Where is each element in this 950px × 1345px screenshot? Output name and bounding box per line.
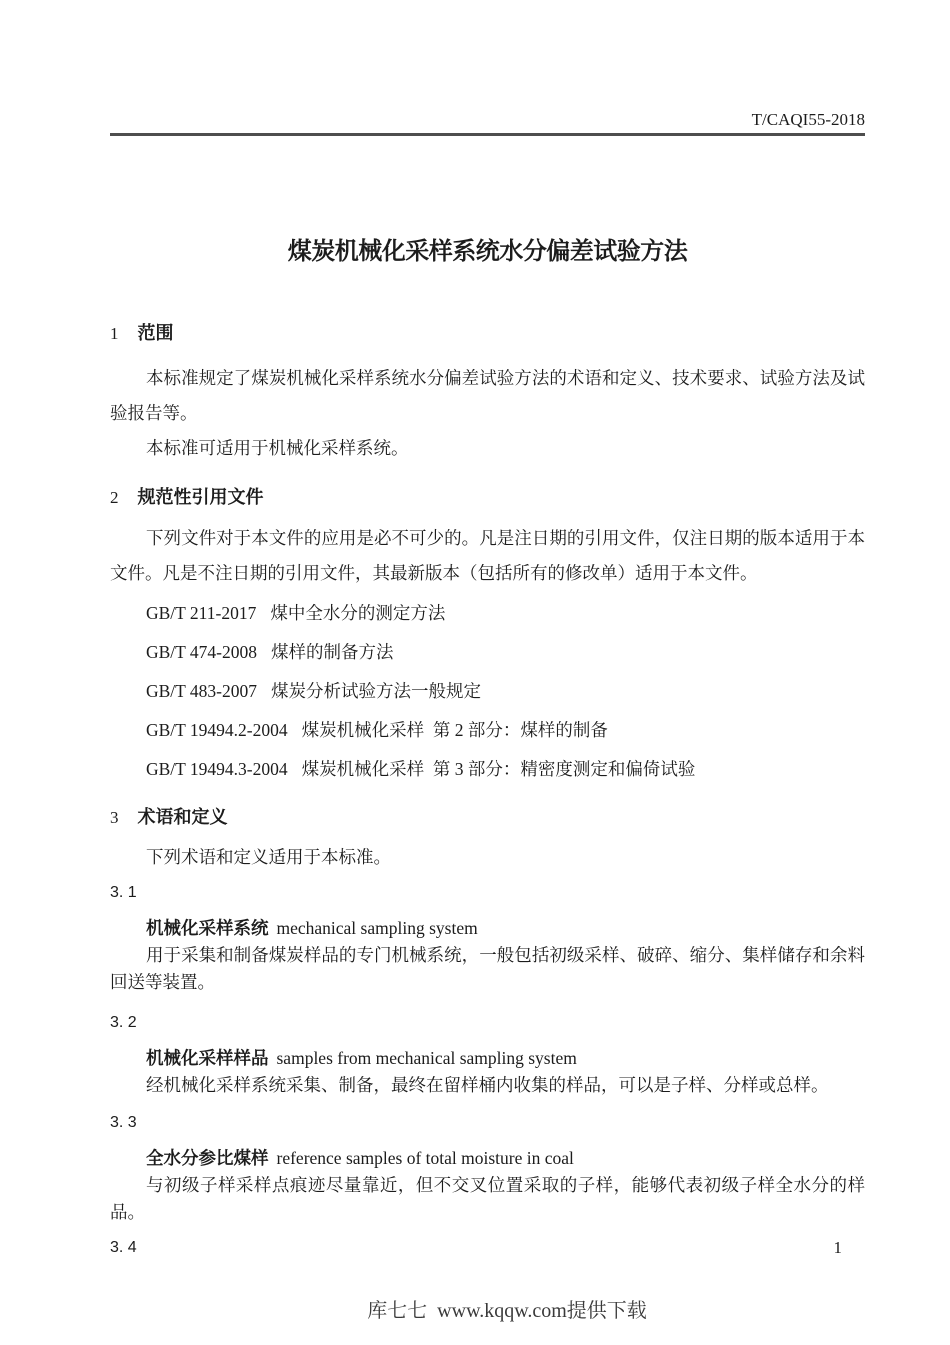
- term-entry: 全水分参比煤样reference samples of total moistu…: [110, 1145, 865, 1172]
- section-1-number: 1: [110, 323, 119, 345]
- reference-title: 煤炭机械化采样 第 2 部分：煤样的制备: [302, 720, 608, 740]
- reference-code: GB/T 483-2007: [146, 681, 257, 701]
- term-number-3-3: 3. 3: [110, 1112, 865, 1134]
- section-1-title: 范围: [138, 323, 174, 343]
- header-rule: [110, 133, 865, 136]
- term-number-3-4: 3. 4: [110, 1237, 865, 1259]
- reference-code: GB/T 474-2008: [146, 642, 257, 662]
- reference-code: GB/T 19494.3-2004: [146, 759, 288, 779]
- term-number-3-1: 3. 1: [110, 882, 865, 904]
- scope-applicability-paragraph: 本标准可适用于机械化采样系统。: [110, 431, 865, 466]
- page-content: T/CAQI55-2018 煤炭机械化采样系统水分偏差试验方法 1范围 本标准规…: [0, 109, 950, 1259]
- term-entry: 机械化采样样品samples from mechanical sampling …: [110, 1045, 865, 1072]
- reference-title: 煤炭分析试验方法一般规定: [271, 681, 481, 701]
- reference-item: GB/T 474-2008煤样的制备方法: [110, 633, 865, 672]
- normative-references-list: GB/T 211-2017煤中全水分的测定方法 GB/T 474-2008煤样的…: [110, 594, 865, 789]
- terms-intro-paragraph: 下列术语和定义适用于本标准。: [110, 840, 865, 875]
- term-number-3-2: 3. 2: [110, 1012, 865, 1034]
- document-title: 煤炭机械化采样系统水分偏差试验方法: [110, 235, 865, 269]
- term-name-zh: 全水分参比煤样: [146, 1148, 269, 1168]
- section-3-heading: 3术语和定义: [110, 806, 865, 829]
- section-2-heading: 2规范性引用文件: [110, 486, 865, 509]
- section-2-title: 规范性引用文件: [138, 487, 264, 507]
- term-name-en: samples from mechanical sampling system: [277, 1048, 577, 1068]
- term-name-en: mechanical sampling system: [277, 918, 478, 938]
- reference-code: GB/T 19494.2-2004: [146, 720, 288, 740]
- term-definition: 与初级子样采样点痕迹尽量靠近，但不交叉位置采取的子样，能够代表初级子样全水分的样…: [110, 1172, 865, 1226]
- section-3-title: 术语和定义: [138, 807, 228, 827]
- term-name-zh: 机械化采样样品: [146, 1048, 269, 1068]
- document-page: T/CAQI55-2018 煤炭机械化采样系统水分偏差试验方法 1范围 本标准规…: [0, 0, 950, 1345]
- reference-item: GB/T 483-2007煤炭分析试验方法一般规定: [110, 672, 865, 711]
- section-2-number: 2: [110, 487, 119, 509]
- standard-code: T/CAQI55-2018: [110, 109, 865, 130]
- section-3-number: 3: [110, 807, 119, 829]
- term-definition: 经机械化采样系统采集、制备，最终在留样桶内收集的样品，可以是子样、分样或总样。: [110, 1072, 865, 1099]
- reference-title: 煤炭机械化采样 第 3 部分：精密度测定和偏倚试验: [302, 759, 696, 779]
- reference-title: 煤中全水分的测定方法: [270, 603, 445, 623]
- page-number: 1: [834, 1238, 843, 1258]
- section-1-heading: 1范围: [110, 322, 865, 345]
- reference-code: GB/T 211-2017: [146, 603, 256, 623]
- term-definition: 用于采集和制备煤炭样品的专门机械系统，一般包括初级采样、破碎、缩分、集样储存和余…: [110, 942, 865, 996]
- reference-title: 煤样的制备方法: [271, 642, 394, 662]
- term-name-zh: 机械化采样系统: [146, 918, 269, 938]
- reference-item: GB/T 19494.2-2004煤炭机械化采样 第 2 部分：煤样的制备: [110, 711, 865, 750]
- references-intro-paragraph: 下列文件对于本文件的应用是必不可少的。凡是注日期的引用文件，仅注日期的版本适用于…: [110, 521, 865, 591]
- reference-item: GB/T 19494.3-2004煤炭机械化采样 第 3 部分：精密度测定和偏倚…: [110, 750, 865, 789]
- scope-paragraph: 本标准规定了煤炭机械化采样系统水分偏差试验方法的术语和定义、技术要求、试验方法及…: [110, 361, 865, 431]
- term-entry: 机械化采样系统mechanical sampling system: [110, 915, 865, 942]
- reference-item: GB/T 211-2017煤中全水分的测定方法: [110, 594, 865, 633]
- term-name-en: reference samples of total moisture in c…: [277, 1148, 574, 1168]
- download-site-footer: 库七七 www.kqqw.com提供下载: [0, 1299, 950, 1323]
